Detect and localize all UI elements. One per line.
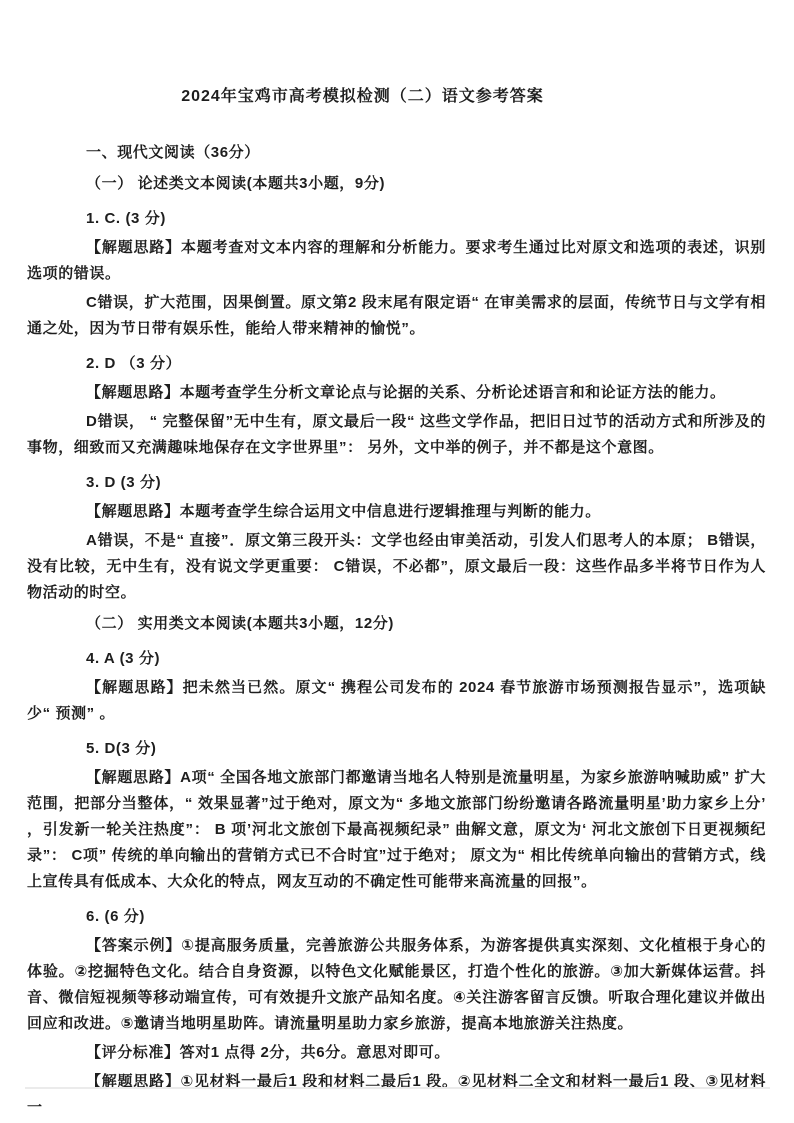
paragraph: 【解题思路】A项“ 全国各地文旅部门都邀请当地名人特别是流量明星，为家乡旅游呐喊…	[27, 765, 766, 895]
document-body: 一、现代文阅读（36分）（一） 论述类文本阅读(本题共3小题，9分)1. C. …	[27, 140, 766, 1121]
answer-line: 3. D (3 分)	[27, 470, 766, 496]
paragraph: 【解题思路】①见材料一最后1 段和材料二最后1 段。②见材料二全文和材料一最后1…	[27, 1069, 766, 1121]
paragraph: 【评分标准】答对1 点得 2分，共6分。意思对即可。	[27, 1040, 766, 1066]
paragraph: 【解题思路】本题考查对文本内容的理解和分析能力。要求考生通过比对原文和选项的表述…	[27, 235, 766, 287]
document-page: 2024年宝鸡市高考模拟检测（二）语文参考答案 一、现代文阅读（36分）（一） …	[0, 0, 794, 1123]
section-heading: 一、现代文阅读（36分）	[27, 140, 766, 166]
text-run: 本题考查学生分析文章论点与论据的关系、分析论述语言和和论证方法的能力。	[180, 384, 726, 401]
text-run: 答对1 点得 2分，共6分。意思对即可。	[180, 1044, 450, 1061]
text-run: 4. A (3 分)	[86, 650, 160, 667]
section-heading: （二） 实用类文本阅读(本题共3小题，12分)	[27, 611, 766, 637]
bracket-label: 【解题思路】	[86, 679, 183, 696]
text-run: （一） 论述类文本阅读(本题共3小题，9分)	[86, 175, 385, 192]
text-run: C错误，扩大范围，因果倒置。原文第2 段末尾有限定语“ 在审美需求的层面，传统节…	[27, 294, 766, 337]
paragraph: 【答案示例】①提高服务质量，完善旅游公共服务体系，为游客提供真实深刻、文化植根于…	[27, 933, 766, 1037]
text-run: 5. D(3 分)	[86, 740, 156, 757]
bracket-label: 【评分标准】	[86, 1044, 180, 1061]
text-run: 2. D （3 分）	[86, 355, 181, 372]
text-run: A项“ 全国各地文旅部门都邀请当地名人特别是流量明星，为家乡旅游呐喊助威” 扩大…	[27, 769, 766, 890]
bracket-label: 【答案示例】	[86, 937, 181, 954]
text-run: 6. (6 分)	[86, 908, 145, 925]
paragraph: A错误，不是“ 直接”．原文第三段开头：文学也经由审美活动，引发人们思考人的本原…	[27, 528, 766, 606]
section-heading: （一） 论述类文本阅读(本题共3小题，9分)	[27, 171, 766, 197]
paragraph: D错误， “ 完整保留”无中生有，原文最后一段“ 这些文学作品，把旧日过节的活动…	[27, 409, 766, 461]
bracket-label: 【解题思路】	[86, 769, 180, 786]
page-title: 2024年宝鸡市高考模拟检测（二）语文参考答案	[0, 86, 732, 108]
answer-line: 4. A (3 分)	[27, 646, 766, 672]
answer-line: 5. D(3 分)	[27, 736, 766, 762]
text-run: 3. D (3 分)	[86, 474, 161, 491]
text-run: 一、现代文阅读（36分）	[86, 144, 260, 161]
answer-line: 2. D （3 分）	[27, 351, 766, 377]
paragraph: 【解题思路】本题考查学生综合运用文中信息进行逻辑推理与判断的能力。	[27, 499, 766, 525]
bracket-label: 【解题思路】	[86, 239, 181, 256]
paragraph: 【解题思路】本题考查学生分析文章论点与论据的关系、分析论述语言和和论证方法的能力…	[27, 380, 766, 406]
text-run: D错误， “ 完整保留”无中生有，原文最后一段“ 这些文学作品，把旧日过节的活动…	[27, 413, 766, 456]
text-run: 1. C. (3 分)	[86, 210, 166, 227]
bracket-label: 【解题思路】	[86, 384, 180, 401]
paragraph: C错误，扩大范围，因果倒置。原文第2 段末尾有限定语“ 在审美需求的层面，传统节…	[27, 290, 766, 342]
text-run: 本题考查学生综合运用文中信息进行逻辑推理与判断的能力。	[180, 503, 601, 520]
paragraph: 【解题思路】把未然当已然。原文“ 携程公司发布的 2024 春节旅游市场预测报告…	[27, 675, 766, 727]
answer-line: 6. (6 分)	[27, 904, 766, 930]
bracket-label: 【解题思路】	[86, 503, 180, 520]
text-run: （二） 实用类文本阅读(本题共3小题，12分)	[86, 615, 394, 632]
scan-artifact-line	[25, 1087, 770, 1089]
answer-line: 1. C. (3 分)	[27, 206, 766, 232]
text-run: A错误，不是“ 直接”．原文第三段开头：文学也经由审美活动，引发人们思考人的本原…	[27, 532, 766, 601]
